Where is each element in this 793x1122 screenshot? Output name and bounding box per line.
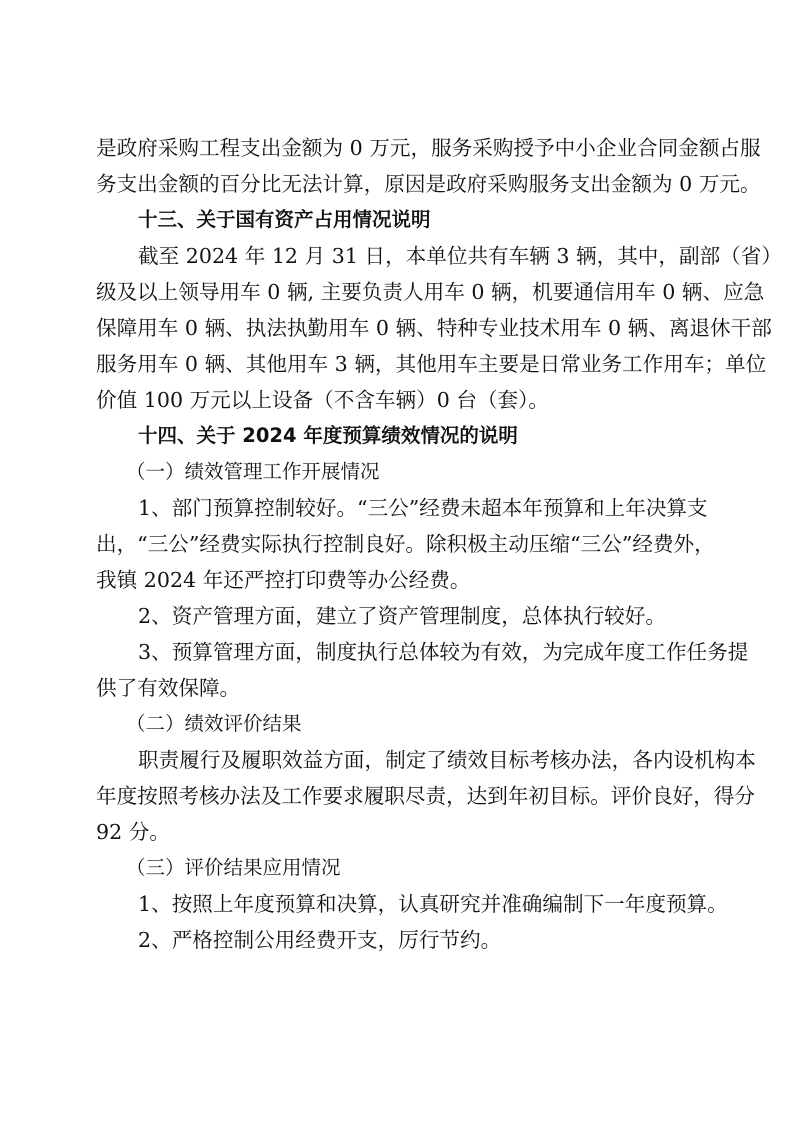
text-line: 价值 100 万元以上设备（不含车辆）0 台（套）。 [96, 382, 702, 418]
text-line: 职责履行及履职效益方面，制定了绩效目标考核办法，各内设机构本 [96, 742, 702, 778]
text-line: 截至 2024 年 12 月 31 日，本单位共有车辆 3 辆，其中，副部（省） [96, 238, 702, 274]
budget-control-paragraph: 1、部门预算控制较好。“三公”经费未超本年预算和上年决算支 出，“三公”经费实际… [96, 490, 702, 598]
vehicle-assets-paragraph: 截至 2024 年 12 月 31 日，本单位共有车辆 3 辆，其中，副部（省）… [96, 238, 702, 418]
document-page: 是政府采购工程支出金额为 0 万元，服务采购授予中小企业合同金额占服 务支出金额… [96, 130, 702, 958]
text-line: 92 分。 [96, 814, 702, 850]
text-line: 3、预算管理方面，制度执行总体较为有效，为完成年度工作任务提 [96, 634, 702, 670]
subsection-1-heading: （一）绩效管理工作开展情况 [96, 454, 702, 490]
text-line: 2、严格控制公用经费开支，厉行节约。 [96, 922, 702, 958]
text-line: 1、部门预算控制较好。“三公”经费未超本年预算和上年决算支 [96, 490, 702, 526]
text-line: 务支出金额的百分比无法计算，原因是政府采购服务支出金额为 0 万元。 [96, 166, 702, 202]
asset-management-paragraph: 2、资产管理方面，建立了资产管理制度，总体执行较好。 [96, 598, 702, 634]
text-line: 年度按照考核办法及工作要求履职尽责，达到年初目标。评价良好，得分 [96, 778, 702, 814]
text-line: 1、按照上年度预算和决算，认真研究并准确编制下一年度预算。 [96, 886, 702, 922]
text-line: 2、资产管理方面，建立了资产管理制度，总体执行较好。 [96, 598, 702, 634]
continuation-paragraph: 是政府采购工程支出金额为 0 万元，服务采购授予中小企业合同金额占服 务支出金额… [96, 130, 702, 202]
text-line: 我镇 2024 年还严控打印费等办公经费。 [96, 562, 702, 598]
text-line: 保障用车 0 辆、执法执勤用车 0 辆、特种专业技术用车 0 辆、离退休干部 [96, 310, 702, 346]
subsection-2-heading: （二）绩效评价结果 [96, 706, 702, 742]
result-application-item-2: 2、严格控制公用经费开支，厉行节约。 [96, 922, 702, 958]
text-line: 出，“三公”经费实际执行控制良好。除积极主动压缩“三公”经费外， [96, 526, 702, 562]
evaluation-result-paragraph: 职责履行及履职效益方面，制定了绩效目标考核办法，各内设机构本 年度按照考核办法及… [96, 742, 702, 850]
subsection-3-heading: （三）评价结果应用情况 [96, 850, 702, 886]
budget-management-paragraph: 3、预算管理方面，制度执行总体较为有效，为完成年度工作任务提 供了有效保障。 [96, 634, 702, 706]
text-line: 是政府采购工程支出金额为 0 万元，服务采购授予中小企业合同金额占服 [96, 130, 702, 166]
text-line: 服务用车 0 辆、其他用车 3 辆，其他用车主要是日常业务工作用车；单位 [96, 346, 702, 382]
text-line: 级及以上领导用车 0 辆, 主要负责人用车 0 辆，机要通信用车 0 辆、应急 [96, 274, 702, 310]
result-application-item-1: 1、按照上年度预算和决算，认真研究并准确编制下一年度预算。 [96, 886, 702, 922]
section-13-heading: 十三、关于国有资产占用情况说明 [96, 202, 702, 238]
text-line: 供了有效保障。 [96, 670, 702, 706]
section-14-heading: 十四、关于 2024 年度预算绩效情况的说明 [96, 418, 702, 454]
